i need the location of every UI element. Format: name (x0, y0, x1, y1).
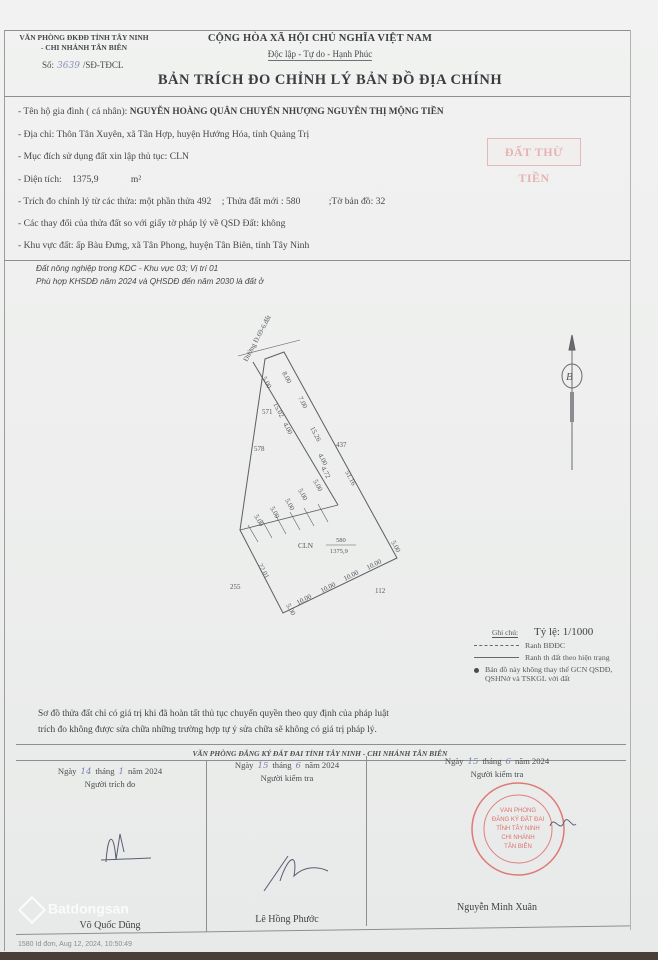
new-parcel-label: ; Thửa đất mới : (222, 196, 284, 207)
document-title: BẢN TRÍCH ĐO CHỈNH LÝ BẢN ĐỒ ĐỊA CHÍNH (100, 72, 560, 89)
dim-south-corner: 5.00 (284, 602, 297, 617)
svg-text:TỈNH TÂY NINH: TỈNH TÂY NINH (496, 825, 539, 832)
republic-name: CỘNG HÒA XÃ HỘI CHỦ NGHĨA VIỆT NAM (190, 33, 450, 44)
column-divider (206, 760, 207, 932)
area-unit: m² (131, 174, 141, 185)
document-number: Số:3639/SĐ-TĐCL (42, 60, 123, 71)
legend-label: Ranh BĐĐC (525, 641, 565, 650)
neighbor-578: 578 (254, 445, 265, 453)
legend-title: Ghi chú: (492, 628, 518, 638)
dim-inner-4: 5.00 (268, 505, 281, 520)
parcel-line: - Trích đo chỉnh lý từ các thửa: một phầ… (18, 196, 385, 207)
signer-name: Võ Quốc Dũng (16, 920, 204, 931)
location-value: ấp Bàu Đưng, xã Tân Phong, huyện Tân Biê… (76, 240, 309, 251)
owner-value: NGUYỄN HOÀNG QUÂN CHUYỂN NHƯỢNG NGUYỄN T… (130, 107, 444, 117)
dim-side-1: 7.00 (296, 395, 309, 410)
changes-label: - Các thay đổi của thửa đất so với giấy … (18, 218, 259, 229)
signature-scribble (258, 836, 338, 896)
solid-line-symbol (474, 657, 519, 658)
svg-text:ĐĂNG KÝ ĐẤT ĐAI: ĐĂNG KÝ ĐẤT ĐAI (492, 816, 545, 823)
address-value: Thôn Tân Xuyên, xã Tân Hợp, huyện Hướng … (56, 129, 309, 140)
parcel-code: CLN (298, 541, 314, 550)
issuing-office: VĂN PHÒNG ĐKĐĐ TỈNH TÂY NINH - CHI NHÁNH… (14, 33, 154, 53)
parcel-from-label: - Trích đo chỉnh lý từ các thửa: (18, 196, 137, 207)
number-label: Số: (42, 60, 54, 70)
svg-text:CHI NHÁNH: CHI NHÁNH (501, 834, 534, 841)
info-divider (4, 260, 630, 261)
map-sheet-label: ;Tờ bản đồ: (329, 196, 374, 207)
neighbor-571: 571 (262, 408, 273, 416)
disclaimer-line-1: Sơ đồ thửa đất chỉ có giá trị khi đã hoà… (38, 706, 498, 722)
purpose-value: CLN (170, 151, 189, 162)
neighbor-437: 437 (336, 441, 347, 449)
signer-role: Người kiểm tra (208, 773, 366, 783)
dim-south-2: 10.00 (319, 580, 337, 595)
map-legend: Ghi chú: Tỷ lệ: 1/1000 Ranh BĐĐC Ranh th… (492, 626, 652, 683)
purpose-label: - Mục đích sử dụng đất xin lập thủ tục: (18, 151, 167, 162)
dim-side-4: 15.26 (308, 425, 323, 443)
signature-top-divider (16, 744, 626, 745)
svg-text:VĂN PHÒNG: VĂN PHÒNG (500, 807, 536, 814)
signature-scribble (96, 822, 156, 872)
legend-label: Bản đồ này không thay thế GCN QSDĐ, QSHN… (485, 665, 635, 683)
watermark-logo-icon (18, 896, 46, 924)
zone-note-1: Đất nông nghiệp trong KDC - Khu vực 03; … (36, 264, 218, 273)
legend-item-current: Ranh th đất theo hiện trạng (474, 653, 652, 662)
road-label: Đường Đ.69-6.đất (242, 314, 273, 363)
signer-name: Nguyễn Minh Xuân (368, 902, 626, 913)
map-sheet-value: 32 (376, 196, 386, 207)
official-seal: VĂN PHÒNG ĐĂNG KÝ ĐẤT ĐAI TỈNH TÂY NINH … (468, 774, 578, 884)
svg-text:TÂN BIÊN: TÂN BIÊN (504, 842, 532, 850)
neighbor-112: 112 (375, 587, 386, 595)
table-surface (0, 952, 658, 960)
parcel-from-value: một phần thửa 492 (139, 196, 211, 207)
address-line: - Địa chỉ: Thôn Tân Xuyên, xã Tân Hợp, h… (18, 129, 309, 140)
dim-inner-5: 5.00 (252, 513, 265, 528)
parcel-number: 580 (336, 537, 346, 544)
title-divider (4, 96, 630, 97)
signature-checker-1: Ngày15tháng6năm 2024 Người kiểm tra Lê H… (208, 756, 366, 931)
sign-date: Ngày15tháng6năm 2024 (368, 756, 626, 767)
office-name-line2: - CHI NHÁNH TÂN BIÊN (14, 43, 154, 53)
compass-letter: B (566, 371, 573, 383)
dim-side-3: 4.00 (281, 421, 294, 436)
dim-front-2: 8.00 (280, 370, 293, 385)
bullet-icon (474, 668, 479, 673)
legend-item-note: Bản đồ này không thay thế GCN QSDĐ, QSHN… (474, 665, 652, 683)
changes-line: - Các thay đổi của thửa đất so với giấy … (18, 218, 285, 229)
changes-value: không (261, 218, 285, 229)
address-label: - Địa chỉ: (18, 129, 54, 140)
legend-item-cadastral: Ranh BĐĐC (474, 641, 652, 650)
owner-label: - Tên hộ gia đình ( cá nhân): (18, 106, 127, 117)
dim-south-1: 10.00 (295, 592, 313, 607)
disclaimer: Sơ đồ thửa đất chỉ có giá trị khi đã hoà… (38, 706, 498, 738)
dim-side-5: 4.00 (316, 452, 329, 467)
dim-side-6: 4.72 (319, 465, 332, 480)
signer-name: Lê Hồng Phước (208, 914, 366, 925)
number-handwritten: 3639 (57, 61, 80, 71)
disclaimer-line-2: trích đo không được sửa chữa những trườn… (38, 722, 498, 738)
dim-inner-1: 5.00 (311, 478, 324, 493)
north-arrow-icon (569, 335, 575, 350)
neighbor-255: 255 (230, 583, 241, 591)
new-parcel-value: 580 (286, 196, 300, 207)
national-motto: Độc lập - Tự do - Hạnh Phúc (268, 49, 372, 61)
legend-label: Ranh th đất theo hiện trạng (525, 653, 610, 662)
national-header: CỘNG HÒA XÃ HỘI CHỦ NGHĨA VIỆT NAM Độc l… (190, 33, 450, 62)
dim-inner-2: 5.00 (296, 487, 309, 502)
column-divider (366, 756, 367, 926)
print-stamp: 1580 Id đơn, Aug 12, 2024, 10:50:49 (18, 941, 132, 948)
dim-front-1: 5.00 (260, 375, 273, 390)
purpose-line: - Mục đích sử dụng đất xin lập thủ tục: … (18, 151, 189, 162)
owner-line: - Tên hộ gia đình ( cá nhân): NGUYỄN HOÀ… (18, 106, 444, 117)
sign-date: Ngày14tháng1năm 2024 (16, 766, 204, 777)
area-value: 1375,9 (72, 174, 98, 185)
area-line: - Diện tích: 1375,9 m² (18, 174, 141, 185)
dim-side-2: 15.02 (271, 401, 286, 419)
dim-inner-3: 5.00 (283, 497, 296, 512)
map-scale: Tỷ lệ: 1/1000 (534, 626, 593, 638)
signature-checker-2: Ngày15tháng6năm 2024 Người kiểm tra VĂN … (368, 752, 626, 927)
parcel-area: 1375,9 (330, 548, 348, 555)
location-line: - Khu vực đất: ấp Bàu Đưng, xã Tân Phong… (18, 240, 309, 251)
area-label: - Diện tích: (18, 174, 62, 185)
office-name-line1: VĂN PHÒNG ĐKĐĐ TỈNH TÂY NINH (14, 33, 154, 43)
dim-south-3: 10.00 (342, 568, 360, 583)
number-suffix: /SĐ-TĐCL (83, 60, 124, 70)
watermark: Batdongsan (22, 900, 129, 920)
dim-west: 22.01 (256, 562, 271, 580)
sign-date: Ngày15tháng6năm 2024 (208, 760, 366, 771)
dashed-line-symbol (474, 645, 519, 646)
dim-east: 51.16 (343, 469, 358, 487)
location-label: - Khu vực đất: (18, 240, 74, 251)
signer-role: Người trích đo (16, 779, 204, 789)
red-stamp-box: ĐẤT THỪ TIỀN (487, 138, 581, 166)
dim-south-4: 10.00 (365, 557, 383, 572)
watermark-text: Batdongsan (48, 901, 129, 917)
